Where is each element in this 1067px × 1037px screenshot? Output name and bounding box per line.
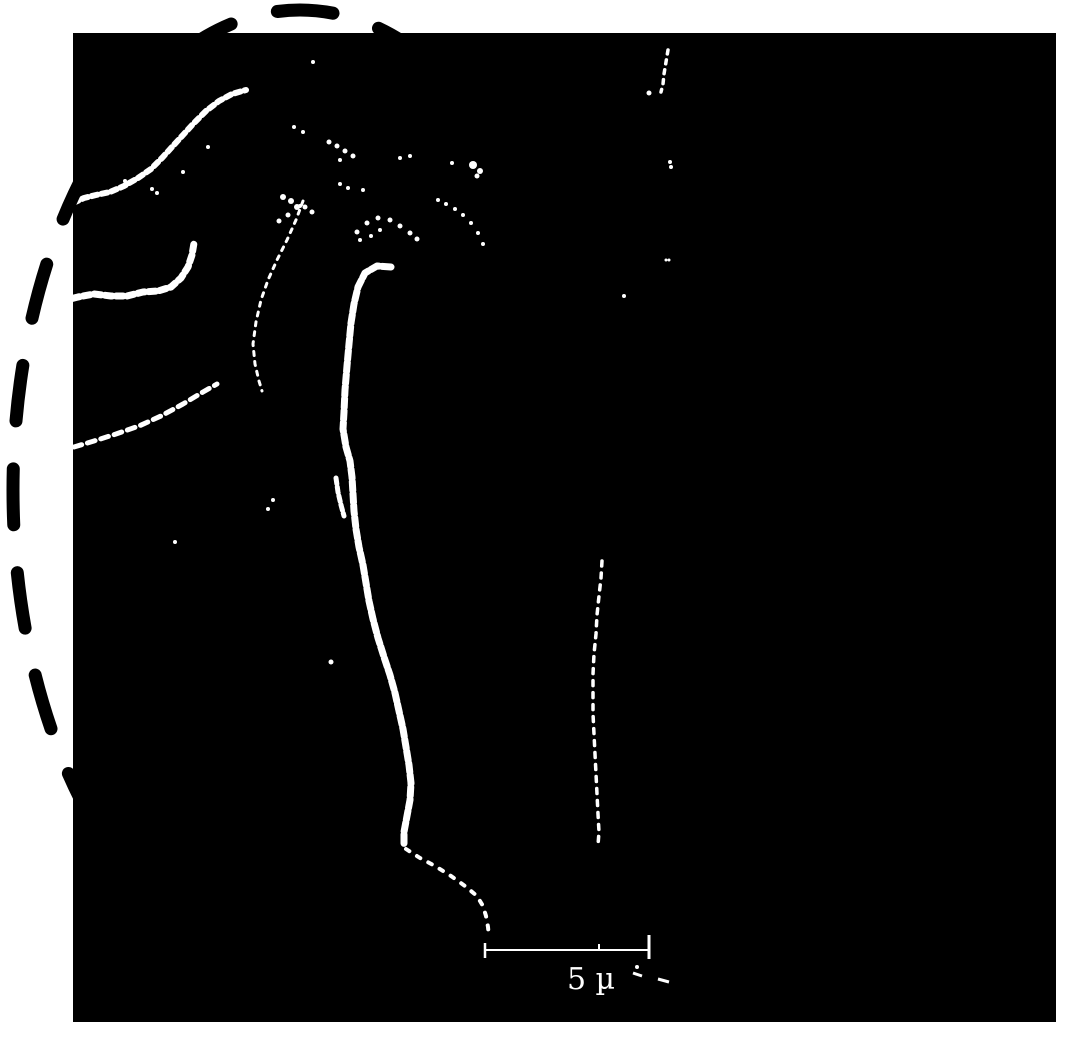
- speck: [343, 149, 348, 154]
- speck: [301, 130, 305, 134]
- speck: [665, 259, 668, 262]
- speck: [327, 140, 332, 145]
- speck: [481, 242, 485, 246]
- speck: [292, 125, 296, 129]
- speck: [346, 186, 350, 190]
- speck: [365, 221, 370, 226]
- speck: [271, 498, 275, 502]
- speck: [668, 160, 672, 164]
- speck: [477, 168, 483, 174]
- speck: [351, 154, 356, 159]
- speck: [450, 161, 454, 165]
- speck: [286, 213, 291, 218]
- speck: [408, 154, 412, 158]
- speck: [369, 234, 373, 238]
- patent-figure: 5 µ: [0, 0, 1067, 1037]
- scale-bar-label: 5 µ: [567, 962, 615, 997]
- speck: [669, 165, 673, 169]
- speck: [338, 158, 342, 162]
- speck: [288, 198, 294, 204]
- speck: [668, 259, 671, 262]
- speck: [469, 221, 473, 225]
- speck: [469, 161, 477, 169]
- speck: [408, 231, 413, 236]
- speck: [123, 179, 127, 183]
- speck: [173, 540, 177, 544]
- micrograph-black-field: [73, 33, 1056, 1022]
- speck: [361, 188, 365, 192]
- speck: [475, 174, 480, 179]
- speck: [461, 213, 465, 217]
- speck: [280, 194, 286, 200]
- speck: [398, 224, 403, 229]
- micrograph-canvas: 5 µ: [0, 0, 1067, 1037]
- speck: [329, 660, 334, 665]
- speck: [376, 216, 381, 221]
- speck: [155, 191, 159, 195]
- speck: [355, 230, 360, 235]
- speck: [444, 202, 448, 206]
- speck: [303, 205, 308, 210]
- speck: [622, 294, 626, 298]
- speck: [277, 219, 282, 224]
- speck: [294, 204, 300, 210]
- speck: [150, 187, 154, 191]
- speck: [335, 144, 340, 149]
- speck: [311, 60, 315, 64]
- speck: [388, 218, 393, 223]
- speck: [310, 210, 315, 215]
- speck: [415, 237, 420, 242]
- speck: [647, 91, 652, 96]
- speck: [453, 207, 457, 211]
- speck: [476, 231, 480, 235]
- speck: [181, 170, 185, 174]
- speck: [635, 965, 639, 969]
- speck: [266, 507, 270, 511]
- speck: [436, 198, 440, 202]
- speck: [338, 182, 342, 186]
- speck: [206, 145, 210, 149]
- speck: [358, 238, 362, 242]
- speck: [378, 228, 382, 232]
- speck: [398, 156, 402, 160]
